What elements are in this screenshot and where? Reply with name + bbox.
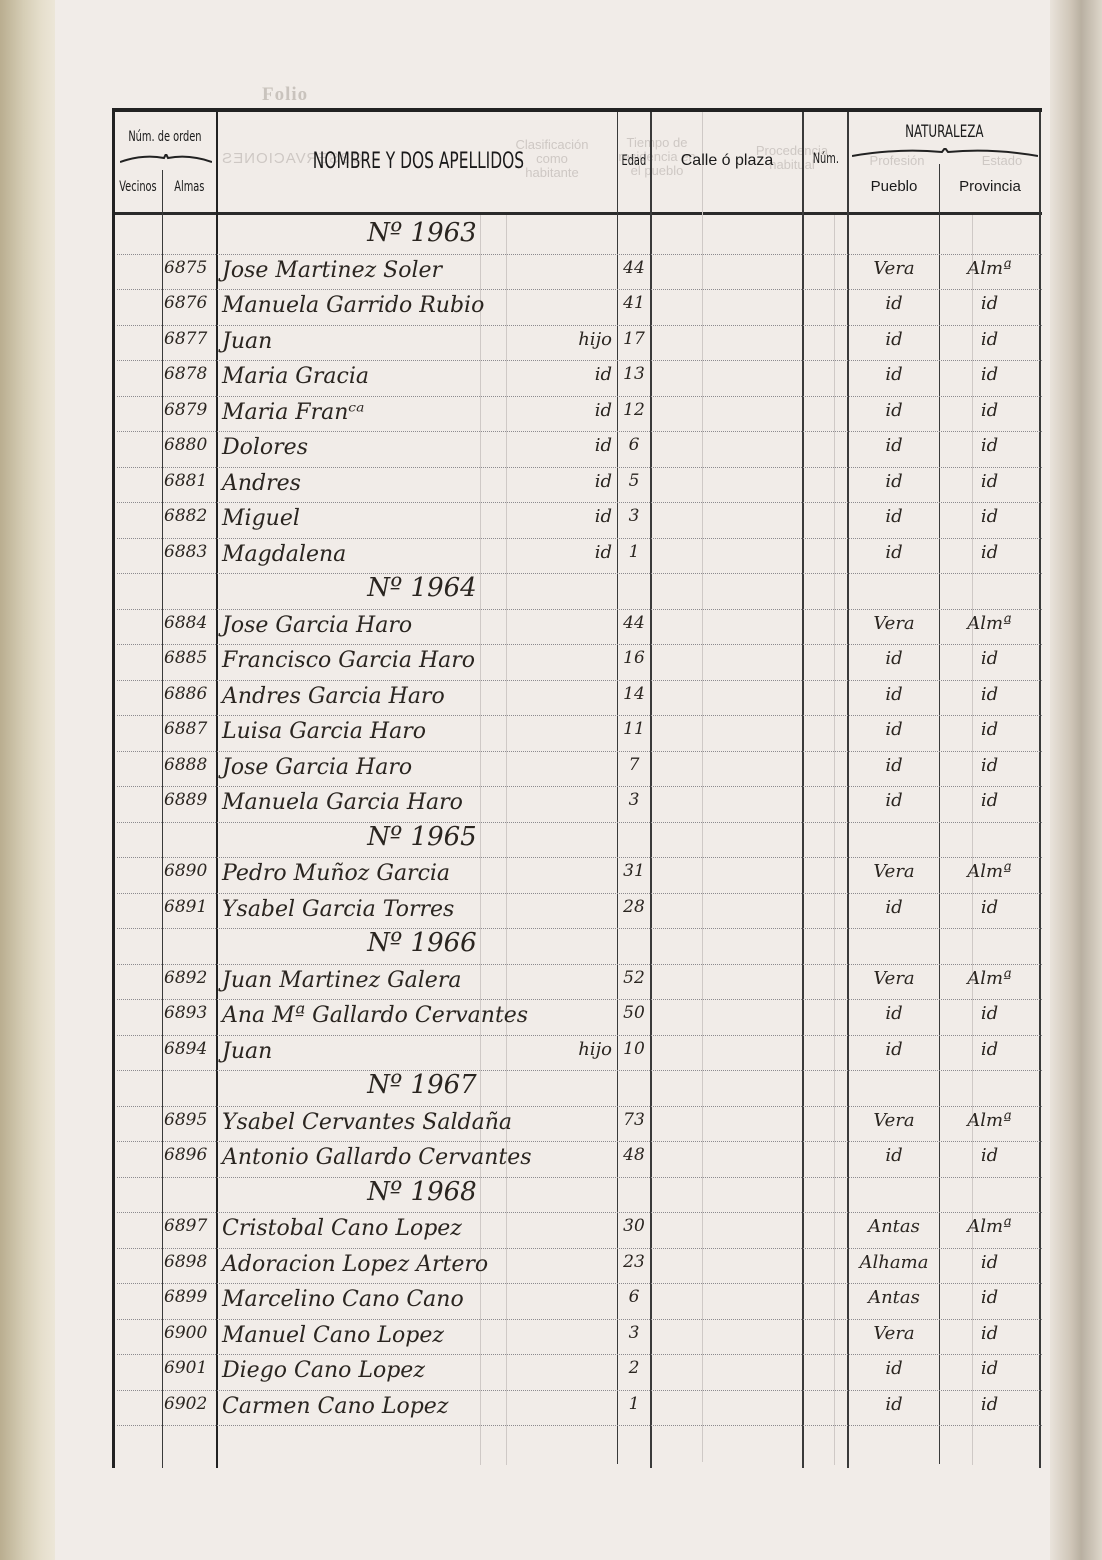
person-name: Adoracion Lopez Artero: [222, 1252, 617, 1277]
header-nombre: NOMBRE Y DOS APELLIDOS: [218, 148, 618, 174]
almas-number: 6890: [162, 861, 219, 881]
relation-note: hijo: [532, 329, 612, 350]
row-rule: [117, 502, 1042, 503]
age: 73: [618, 1110, 650, 1130]
relation-note: id: [532, 400, 612, 421]
age: 5: [618, 471, 650, 491]
age: 10: [618, 1039, 650, 1059]
birthplace-town: id: [849, 542, 939, 563]
age: 11: [618, 719, 650, 739]
birthplace-town: id: [849, 1145, 939, 1166]
age: 2: [618, 1358, 650, 1378]
age: 1: [618, 542, 650, 562]
relation-note: id: [532, 435, 612, 456]
person-name: Luisa Garcia Haro: [222, 719, 617, 744]
almas-number: 6893: [162, 1003, 219, 1023]
header-provincia: Provincia: [940, 178, 1040, 195]
row-rule: [117, 467, 1042, 468]
birthplace-town: Vera: [849, 1110, 939, 1131]
birthplace-town: Vera: [849, 968, 939, 989]
census-ledger-table: OBSERVACIONES Clasificación como habitan…: [112, 108, 1042, 1468]
birthplace-province: id: [942, 364, 1037, 385]
person-name: Pedro Muñoz Garcia: [222, 861, 617, 886]
birthplace-town: id: [849, 435, 939, 456]
almas-number: 6878: [162, 364, 219, 384]
birthplace-province: id: [942, 506, 1037, 527]
person-name: Manuela Garrido Rubio: [222, 293, 617, 318]
header-bottom-rule: [112, 212, 1042, 215]
relation-note: id: [532, 506, 612, 527]
almas-number: 6897: [162, 1216, 219, 1236]
header-almas: Almas: [163, 178, 216, 195]
person-name: Manuel Cano Lopez: [222, 1323, 617, 1348]
row-rule: [117, 1283, 1042, 1284]
age: 23: [618, 1252, 650, 1272]
divider-pueblo-provincia: [939, 164, 940, 1464]
relation-note: id: [532, 364, 612, 385]
row-rule: [117, 680, 1042, 681]
folio-label: Folio: [262, 84, 308, 106]
age: 52: [618, 968, 650, 988]
divider-calle-num: [802, 112, 804, 1468]
birthplace-town: Vera: [849, 613, 939, 634]
household-number: Nº 1965: [222, 822, 622, 852]
birthplace-province: id: [942, 435, 1037, 456]
header-vecinos: Vecinos: [114, 178, 162, 195]
age: 16: [618, 648, 650, 668]
person-name: Juan Martinez Galera: [222, 968, 617, 993]
age: 12: [618, 400, 650, 420]
person-name: Andres Garcia Haro: [222, 684, 617, 709]
brace-num-orden: [120, 154, 212, 164]
row-rule: [117, 254, 1042, 255]
row-rule: [117, 396, 1042, 397]
age: 44: [618, 258, 650, 278]
birthplace-town: id: [849, 293, 939, 314]
birthplace-province: Almª: [942, 968, 1037, 989]
person-name: Marcelino Cano Cano: [222, 1287, 617, 1312]
birthplace-province: id: [942, 755, 1037, 776]
row-rule: [117, 360, 1042, 361]
birthplace-town: id: [849, 1003, 939, 1024]
book-spine: [0, 0, 60, 1560]
age: 48: [618, 1145, 650, 1165]
almas-number: 6881: [162, 471, 219, 491]
birthplace-province: id: [942, 897, 1037, 918]
person-name: Jose Garcia Haro: [222, 755, 617, 780]
birthplace-town: id: [849, 897, 939, 918]
almas-number: 6883: [162, 542, 219, 562]
row-rule: [117, 644, 1042, 645]
birthplace-province: id: [942, 1394, 1037, 1415]
birthplace-town: id: [849, 364, 939, 385]
birthplace-province: id: [942, 648, 1037, 669]
person-name: Carmen Cano Lopez: [222, 1394, 617, 1419]
age: 3: [618, 790, 650, 810]
household-number: Nº 1966: [222, 928, 622, 958]
age: 30: [618, 1216, 650, 1236]
person-name: Jose Martinez Soler: [222, 258, 617, 283]
household-number: Nº 1964: [222, 573, 622, 603]
age: 41: [618, 293, 650, 313]
header-naturaleza: NATURALEZA: [849, 122, 1039, 142]
birthplace-province: id: [942, 400, 1037, 421]
person-name: Ysabel Garcia Torres: [222, 897, 617, 922]
row-rule: [117, 431, 1042, 432]
age: 28: [618, 897, 650, 917]
row-rule: [117, 538, 1042, 539]
birthplace-province: id: [942, 293, 1037, 314]
birthplace-town: Alhama: [849, 1252, 939, 1273]
row-rule: [117, 1354, 1042, 1355]
row-rule: [117, 751, 1042, 752]
birthplace-province: id: [942, 1287, 1037, 1308]
almas-number: 6885: [162, 648, 219, 668]
almas-number: 6882: [162, 506, 219, 526]
almas-number: 6892: [162, 968, 219, 988]
row-rule: [117, 1035, 1042, 1036]
row-rule: [117, 857, 1042, 858]
birthplace-province: id: [942, 1252, 1037, 1273]
birthplace-province: id: [942, 684, 1037, 705]
right-border: [1039, 112, 1041, 1468]
birthplace-province: id: [942, 471, 1037, 492]
person-name: Manuela Garcia Haro: [222, 790, 617, 815]
almas-number: 6875: [162, 258, 219, 278]
birthplace-province: Almª: [942, 861, 1037, 882]
row-rule: [117, 1425, 1042, 1426]
almas-number: 6879: [162, 400, 219, 420]
brace-naturaleza: [852, 148, 1038, 158]
age: 3: [618, 506, 650, 526]
relation-note: hijo: [532, 1039, 612, 1060]
header-num-orden: Núm. de orden: [114, 128, 216, 145]
age: 3: [618, 1323, 650, 1343]
faint-guide-3: [702, 112, 703, 1462]
header-calle: Calle ó plaza: [652, 152, 802, 170]
row-rule: [117, 964, 1042, 965]
row-rule: [117, 1141, 1042, 1142]
birthplace-town: Vera: [849, 1323, 939, 1344]
birthplace-town: id: [849, 506, 939, 527]
almas-number: 6896: [162, 1145, 219, 1165]
age: 6: [618, 1287, 650, 1307]
birthplace-town: id: [849, 755, 939, 776]
person-name: Ana Mª Gallardo Cervantes: [222, 1003, 617, 1028]
row-rule: [117, 289, 1042, 290]
almas-number: 6887: [162, 719, 219, 739]
almas-number: 6901: [162, 1358, 219, 1378]
birthplace-province: id: [942, 790, 1037, 811]
birthplace-town: Vera: [849, 258, 939, 279]
household-number: Nº 1967: [222, 1070, 622, 1100]
birthplace-province: Almª: [942, 613, 1037, 634]
birthplace-town: id: [849, 684, 939, 705]
birthplace-town: id: [849, 1358, 939, 1379]
almas-number: 6898: [162, 1252, 219, 1272]
almas-number: 6880: [162, 435, 219, 455]
birthplace-province: id: [942, 1145, 1037, 1166]
age: 31: [618, 861, 650, 881]
birthplace-province: id: [942, 719, 1037, 740]
row-rule: [117, 999, 1042, 1000]
row-rule: [117, 715, 1042, 716]
birthplace-province: id: [942, 1358, 1037, 1379]
almas-number: 6888: [162, 755, 219, 775]
birthplace-town: id: [849, 1394, 939, 1415]
age: 44: [618, 613, 650, 633]
almas-number: 6877: [162, 329, 219, 349]
birthplace-province: id: [942, 329, 1037, 350]
almas-number: 6886: [162, 684, 219, 704]
person-name: Antonio Gallardo Cervantes: [222, 1145, 617, 1170]
header-pueblo: Pueblo: [849, 178, 939, 195]
almas-number: 6876: [162, 293, 219, 313]
row-rule: [117, 609, 1042, 610]
almas-number: 6895: [162, 1110, 219, 1130]
birthplace-province: id: [942, 542, 1037, 563]
birthplace-province: Almª: [942, 1216, 1037, 1237]
birthplace-town: Antas: [849, 1287, 939, 1308]
almas-number: 6902: [162, 1394, 219, 1414]
row-rule: [117, 1248, 1042, 1249]
row-rule: [117, 325, 1042, 326]
almas-number: 6884: [162, 613, 219, 633]
person-name: Diego Cano Lopez: [222, 1358, 617, 1383]
row-rule: [117, 786, 1042, 787]
birthplace-province: id: [942, 1003, 1037, 1024]
almas-number: 6899: [162, 1287, 219, 1307]
person-name: Cristobal Cano Lopez: [222, 1216, 617, 1241]
person-name: Jose Garcia Haro: [222, 613, 617, 638]
birthplace-province: id: [942, 1039, 1037, 1060]
row-rule: [117, 893, 1042, 894]
birthplace-town: id: [849, 471, 939, 492]
relation-note: id: [532, 471, 612, 492]
row-rule: [117, 1390, 1042, 1391]
person-name: Francisco Garcia Haro: [222, 648, 617, 673]
household-number: Nº 1963: [222, 218, 622, 248]
left-border: [112, 112, 115, 1468]
almas-number: 6894: [162, 1039, 219, 1059]
almas-number: 6891: [162, 897, 219, 917]
birthplace-province: Almª: [942, 1110, 1037, 1131]
birthplace-town: id: [849, 719, 939, 740]
table-top-rule: [112, 108, 1042, 112]
birthplace-town: id: [849, 400, 939, 421]
age: 7: [618, 755, 650, 775]
birthplace-town: Vera: [849, 861, 939, 882]
page-edge: [1050, 0, 1102, 1560]
almas-number: 6900: [162, 1323, 219, 1343]
header-num: Núm.: [804, 150, 847, 167]
row-rule: [117, 1319, 1042, 1320]
birthplace-town: id: [849, 329, 939, 350]
row-rule: [117, 1106, 1042, 1107]
age: 6: [618, 435, 650, 455]
relation-note: id: [532, 542, 612, 563]
household-number: Nº 1968: [222, 1177, 622, 1207]
almas-number: 6889: [162, 790, 219, 810]
birthplace-town: id: [849, 790, 939, 811]
age: 50: [618, 1003, 650, 1023]
divider-edad-calle: [650, 112, 652, 1468]
age: 14: [618, 684, 650, 704]
faint-guide-4: [834, 215, 835, 1465]
age: 1: [618, 1394, 650, 1414]
birthplace-province: id: [942, 1323, 1037, 1344]
birthplace-town: id: [849, 648, 939, 669]
birthplace-town: Antas: [849, 1216, 939, 1237]
person-name: Ysabel Cervantes Saldaña: [222, 1110, 617, 1135]
age: 17: [618, 329, 650, 349]
birthplace-province: Almª: [942, 258, 1037, 279]
age: 13: [618, 364, 650, 384]
birthplace-town: id: [849, 1039, 939, 1060]
row-rule: [117, 1212, 1042, 1213]
header-edad: Edad: [617, 152, 651, 169]
